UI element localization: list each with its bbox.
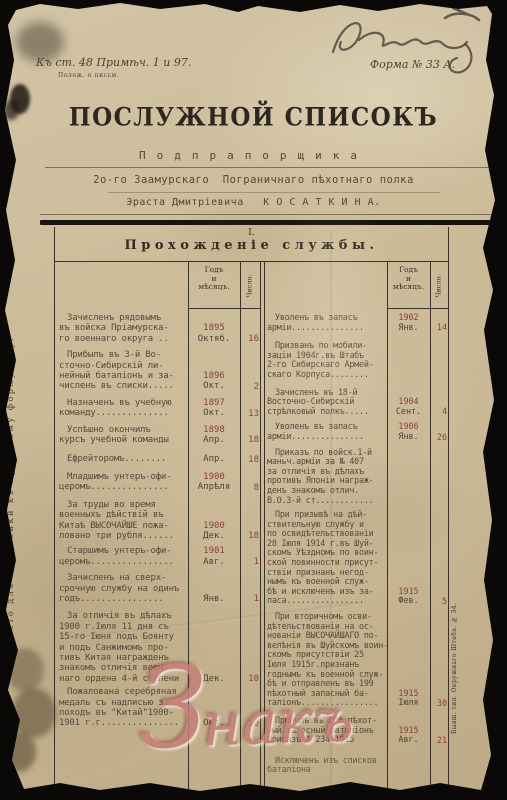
name-line: Эраста Дмитріевича К О С А Т К И Н А.	[0, 197, 507, 208]
record-day: 1	[240, 557, 260, 567]
underline	[40, 214, 498, 215]
service-record-row: Старшимъ унтеръ-офи- церомъ.............…	[55, 546, 260, 567]
record-year-month: 1897Окт.	[188, 398, 240, 419]
photo-background: Къ ст. 48 Примѣч. 1 и 97. Полож. о письм…	[0, 0, 507, 800]
record-day: 26	[430, 432, 448, 442]
record-text: Младшимъ унтеръ-офи- церомъ.............…	[55, 472, 188, 493]
handwritten-scrawl-icon	[295, 0, 500, 80]
service-record-row: Зачисленъ рядовымъ въ войска Пріамурска-…	[55, 313, 260, 344]
table-top-border	[40, 220, 498, 225]
record-year-month: 1906Янв.	[387, 422, 430, 441]
column-divider	[240, 262, 241, 789]
record-text: Зачисленъ на сверх- срочную службу на од…	[55, 573, 188, 604]
record-year-month: 1915Фев.	[387, 587, 430, 606]
record-text: Призванъ по мобили- заціи 1904г.въ Штабъ…	[265, 341, 387, 379]
record-year-month: 1896Окт.	[188, 371, 240, 392]
service-record-row: При призывѣ на дѣй- ствительную службу и…	[265, 510, 448, 606]
record-year-month: 1902Янв.	[387, 313, 430, 332]
record-text: За отличія въ дѣлахъ 1900 г.Іюля 11 дня …	[55, 611, 188, 684]
record-year-month: Апр.	[188, 454, 240, 464]
record-day: 4	[430, 406, 448, 416]
grease-stain	[2, 732, 36, 772]
table-right-half: Годъ и мѣсяцъ. Число. Уволенъ въ запасъ …	[265, 262, 448, 789]
service-record-row: Уволенъ въ запасъ арміи...............19…	[265, 422, 448, 441]
column-headers: Годъ и мѣсяцъ. Число.	[265, 262, 448, 309]
year-month-header: Годъ и мѣсяцъ.	[188, 266, 240, 292]
printer-imprint: Бывш. тип. Окружнаго Штаба. № 34.	[451, 562, 458, 734]
service-record-row: Младшимъ унтеръ-офи- церомъ.............…	[55, 472, 260, 493]
record-text: Успѣшно окончилъ курсъ учебной команды	[55, 425, 188, 446]
service-record-row: Зачисленъ на сверх- срочную службу на од…	[55, 573, 260, 604]
service-record-row: Зачисленъ въ 18-й Восточно-Сибирскій стр…	[265, 388, 448, 417]
service-record-row: Исключенъ изъ списков баталіона	[265, 756, 448, 775]
column-divider	[430, 262, 431, 789]
record-day: 18	[240, 531, 260, 541]
service-record-row: Приказъ по войск.1-й маньч.арміи за № 40…	[265, 448, 448, 506]
record-text: Зачисленъ рядовымъ въ войска Пріамурска-…	[55, 313, 188, 344]
day-header: Число.	[430, 262, 448, 309]
service-record-row: Ефрейторомъ........Апр.18	[55, 454, 260, 464]
day-header: Число.	[240, 262, 260, 309]
record-day: 21	[430, 735, 448, 745]
underline	[108, 192, 440, 193]
record-day: 8	[240, 483, 260, 493]
record-text: Пожалована серебряная медаль съ надписью…	[55, 687, 188, 729]
column-divider	[387, 262, 388, 789]
record-text: Прибылъ въ 206 пѣхот- ный запасный батал…	[265, 716, 387, 745]
record-text: Ефрейторомъ........	[55, 454, 188, 464]
record-year-month: Окт.	[188, 718, 240, 728]
unit-line: 2о-го Заамурскаго Пограничнаго пѣхотнаго…	[0, 174, 507, 186]
column-headers: Годъ и мѣсяцъ. Число.	[55, 262, 260, 309]
record-text: При вторичномъ осви- дѣтельствованіи на …	[265, 612, 387, 708]
record-day: 10	[240, 674, 260, 684]
year-month-header: Годъ и мѣсяцъ.	[387, 266, 430, 292]
grease-stain	[12, 688, 56, 738]
record-year-month: 1915Іюля	[387, 689, 430, 708]
record-day: 14	[430, 322, 448, 332]
record-text: Назначенъ въ учебную команду............…	[55, 398, 188, 419]
record-year-month: 1900Апрѣля	[188, 472, 240, 493]
header-underline	[188, 308, 260, 309]
record-year-month: Дек.	[188, 674, 240, 684]
record-day: 1	[240, 594, 260, 604]
record-text: Уволенъ въ запасъ арміи...............	[265, 422, 387, 441]
rank-line: Подпрапорщика	[0, 149, 507, 162]
record-day: 2	[240, 382, 260, 392]
record-text: Приказъ по войск.1-й маньч.арміи за № 40…	[265, 448, 387, 506]
section-title: Прохожденіе службы.	[55, 238, 448, 253]
record-year-month: 1915Авг.	[387, 726, 430, 745]
section-header: I. Прохожденіе службы.	[55, 227, 448, 262]
grease-stain	[6, 648, 44, 692]
record-text: Зачисленъ въ 18-й Восточно-Сибирскій стр…	[265, 388, 387, 417]
service-table: I. Прохожденіе службы. Годъ и мѣсяцъ. Чи…	[54, 227, 449, 788]
reference-note: Къ ст. 48 Примѣч. 1 и 97.	[36, 56, 191, 69]
service-record-row: Успѣшно окончилъ курсъ учебной команды18…	[55, 425, 260, 446]
record-day: 18	[240, 455, 260, 465]
record-year-month: Янв.	[188, 594, 240, 604]
underline	[45, 167, 497, 168]
record-year-month: 1904Сент.	[387, 397, 430, 416]
reference-subnote: Полож. о письм.	[58, 72, 119, 79]
record-day: 10	[240, 719, 260, 729]
record-day: 30	[430, 698, 448, 708]
record-day: 16	[240, 334, 260, 344]
service-record-row: За труды во время военныхъ дѣйствій въ К…	[55, 500, 260, 542]
header-underline	[387, 308, 448, 309]
record-year-month: 1901Авг.	[188, 546, 240, 567]
record-day: 18	[240, 435, 260, 445]
record-text: Уволенъ въ запасъ арміи...............	[265, 313, 387, 332]
record-year-month: 1898Апр.	[188, 425, 240, 446]
record-text: Старшимъ унтеръ-офи- церомъ.............…	[55, 546, 188, 567]
table-left-half: Годъ и мѣсяцъ. Число. Зачисленъ рядовымъ…	[55, 262, 260, 789]
service-record-row: Назначенъ въ учебную команду............…	[55, 398, 260, 419]
service-record-row: За отличія въ дѣлахъ 1900 г.Іюля 11 дня …	[55, 611, 260, 684]
service-record-row: Пожалована серебряная медаль съ надписью…	[55, 687, 260, 729]
document-title: ПОСЛУЖНОЙ СПИСОКЪ	[0, 103, 507, 132]
record-text: За труды во время военныхъ дѣйствій въ К…	[55, 500, 188, 542]
record-text: Исключенъ изъ списков баталіона	[265, 756, 387, 775]
service-record-row: Прибылъ въ 3-й Во- сточно-Сибирскій ли- …	[55, 350, 260, 392]
document-paper: Къ ст. 48 Примѣч. 1 и 97. Полож. о письм…	[0, 0, 507, 800]
column-divider	[188, 262, 189, 789]
record-day: 13	[240, 409, 260, 419]
record-year-month: 1900Дек.	[188, 521, 240, 542]
service-record-row: Прибылъ въ 206 пѣхот- ный запасный батал…	[265, 716, 448, 745]
record-text: При призывѣ на дѣй- ствительную службу и…	[265, 510, 387, 606]
left-margin-note: Мѣсто для подклейки къ пріемному формуля…	[6, 248, 15, 648]
service-record-row: Уволенъ въ запасъ арміи...............19…	[265, 313, 448, 332]
record-day: 5	[430, 596, 448, 606]
record-text: Прибылъ въ 3-й Во- сточно-Сибирскій ли- …	[55, 350, 188, 392]
service-record-row: Призванъ по мобили- заціи 1904г.въ Штабъ…	[265, 341, 448, 379]
record-year-month: 1895Октяб.	[188, 323, 240, 344]
section-number: I.	[55, 227, 448, 238]
service-record-row: При вторичномъ осви- дѣтельствованіи на …	[265, 612, 448, 708]
